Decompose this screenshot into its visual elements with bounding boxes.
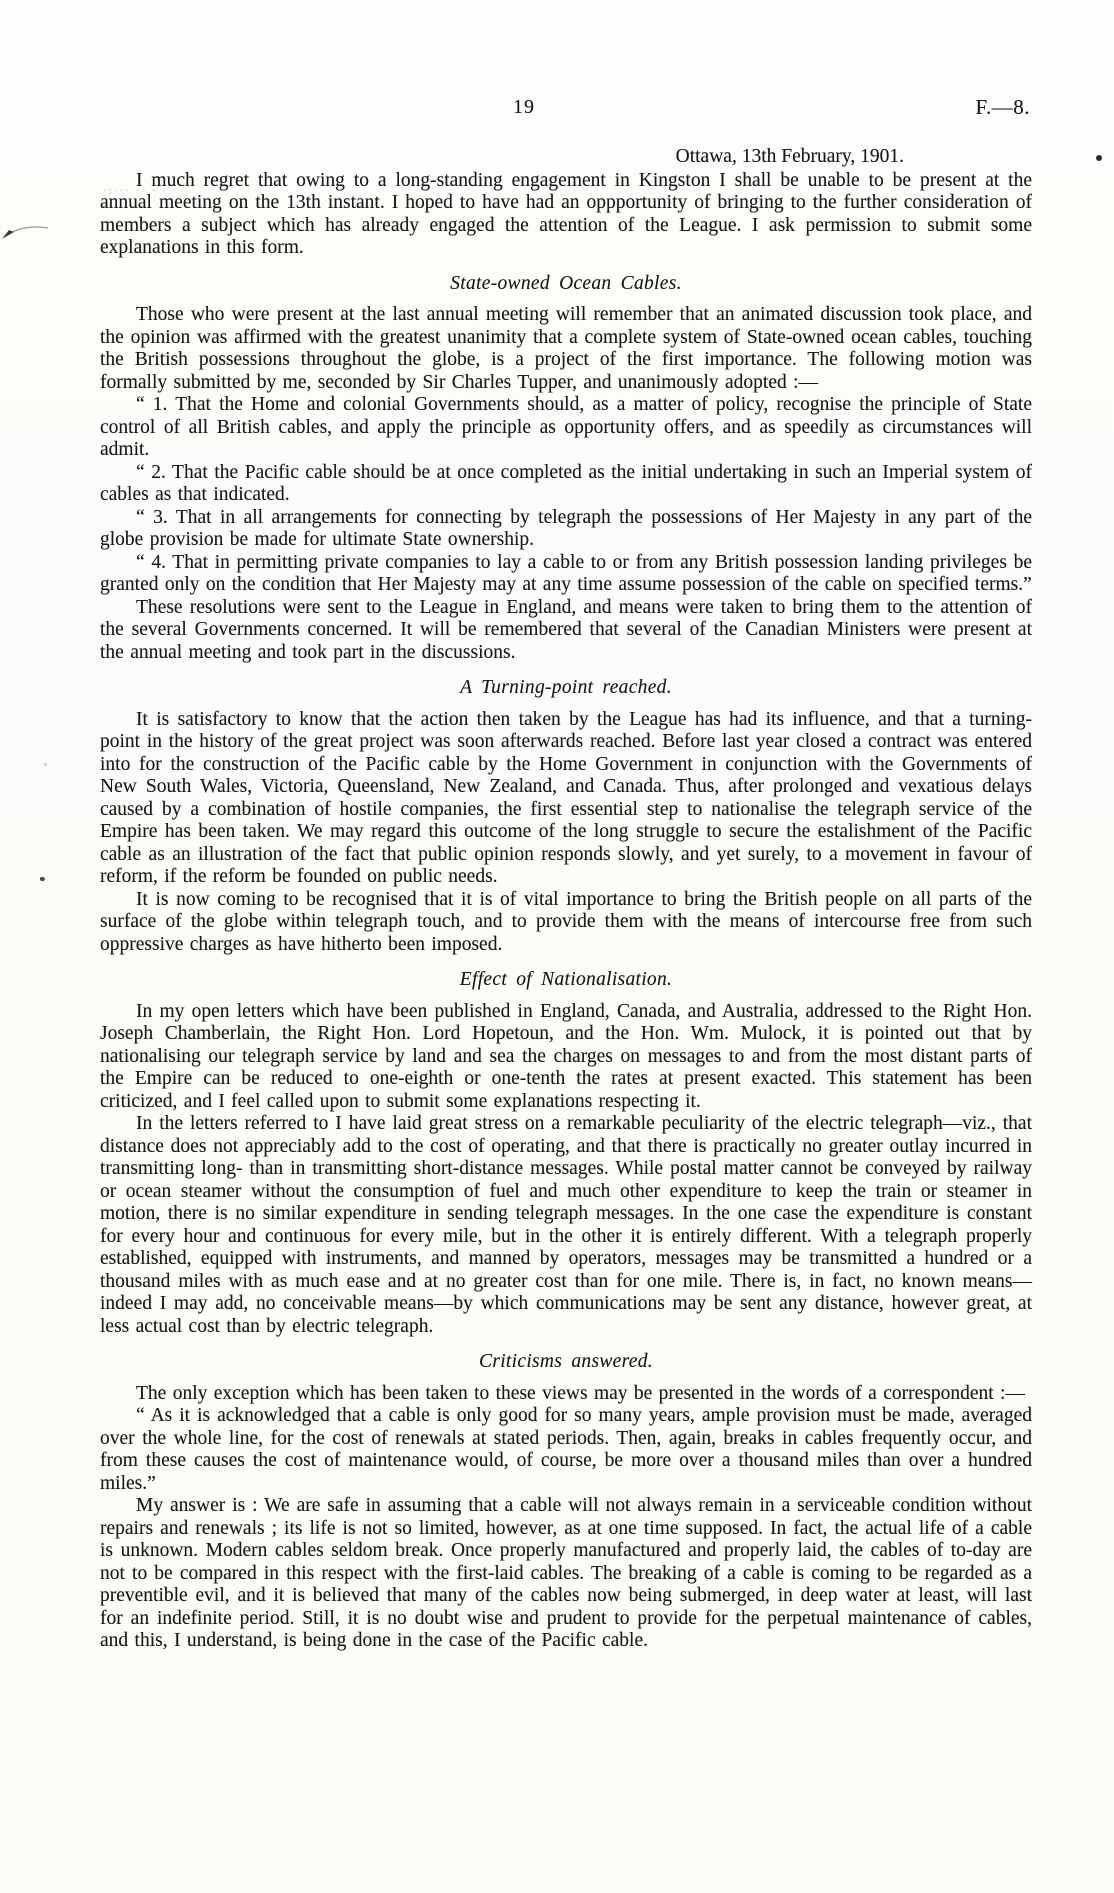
section-heading: Criticisms answered.	[100, 1351, 1032, 1374]
page-header: 19 F.—8.	[100, 96, 1032, 120]
resolution-item: “ 2. That the Pacific cable should be at…	[100, 462, 1032, 507]
resolution-item: “ 3. That in all arrangements for connec…	[100, 507, 1032, 552]
paragraph: In the letters referred to I have laid g…	[100, 1113, 1032, 1338]
section-heading: Effect of Nationalisation.	[100, 969, 1032, 992]
paragraph: It is now coming to be recognised that i…	[100, 889, 1032, 957]
paragraph: It is satisfactory to know that the acti…	[100, 709, 1032, 889]
page-content: 19 F.—8. Ottawa, 13th February, 1901. I …	[0, 0, 1114, 1653]
paragraph: In my open letters which have been publi…	[100, 1001, 1032, 1114]
resolution-item: “ 4. That in permitting private companie…	[100, 552, 1032, 597]
paragraph: These resolutions were sent to the Leagu…	[100, 597, 1032, 665]
quoted-paragraph: “ As it is acknowledged that a cable is …	[100, 1405, 1032, 1495]
paragraph: The only exception which has been taken …	[100, 1383, 1032, 1406]
paragraph: My answer is : We are safe in assuming t…	[100, 1495, 1032, 1653]
dateline: Ottawa, 13th February, 1901.	[100, 146, 1032, 169]
paragraph: Those who were present at the last annua…	[100, 304, 1032, 394]
document-page: ·:··· ·· · · 19 F.—8. Ottawa, 13th Febru…	[0, 0, 1114, 1893]
document-reference: F.—8.	[976, 96, 1031, 119]
section-heading: State-owned Ocean Cables.	[100, 273, 1032, 296]
paragraph: I much regret that owing to a long-stand…	[100, 170, 1032, 260]
page-number: 19	[100, 96, 948, 119]
resolution-item: “ 1. That the Home and colonial Governme…	[100, 394, 1032, 462]
section-heading: A Turning-point reached.	[100, 677, 1032, 700]
